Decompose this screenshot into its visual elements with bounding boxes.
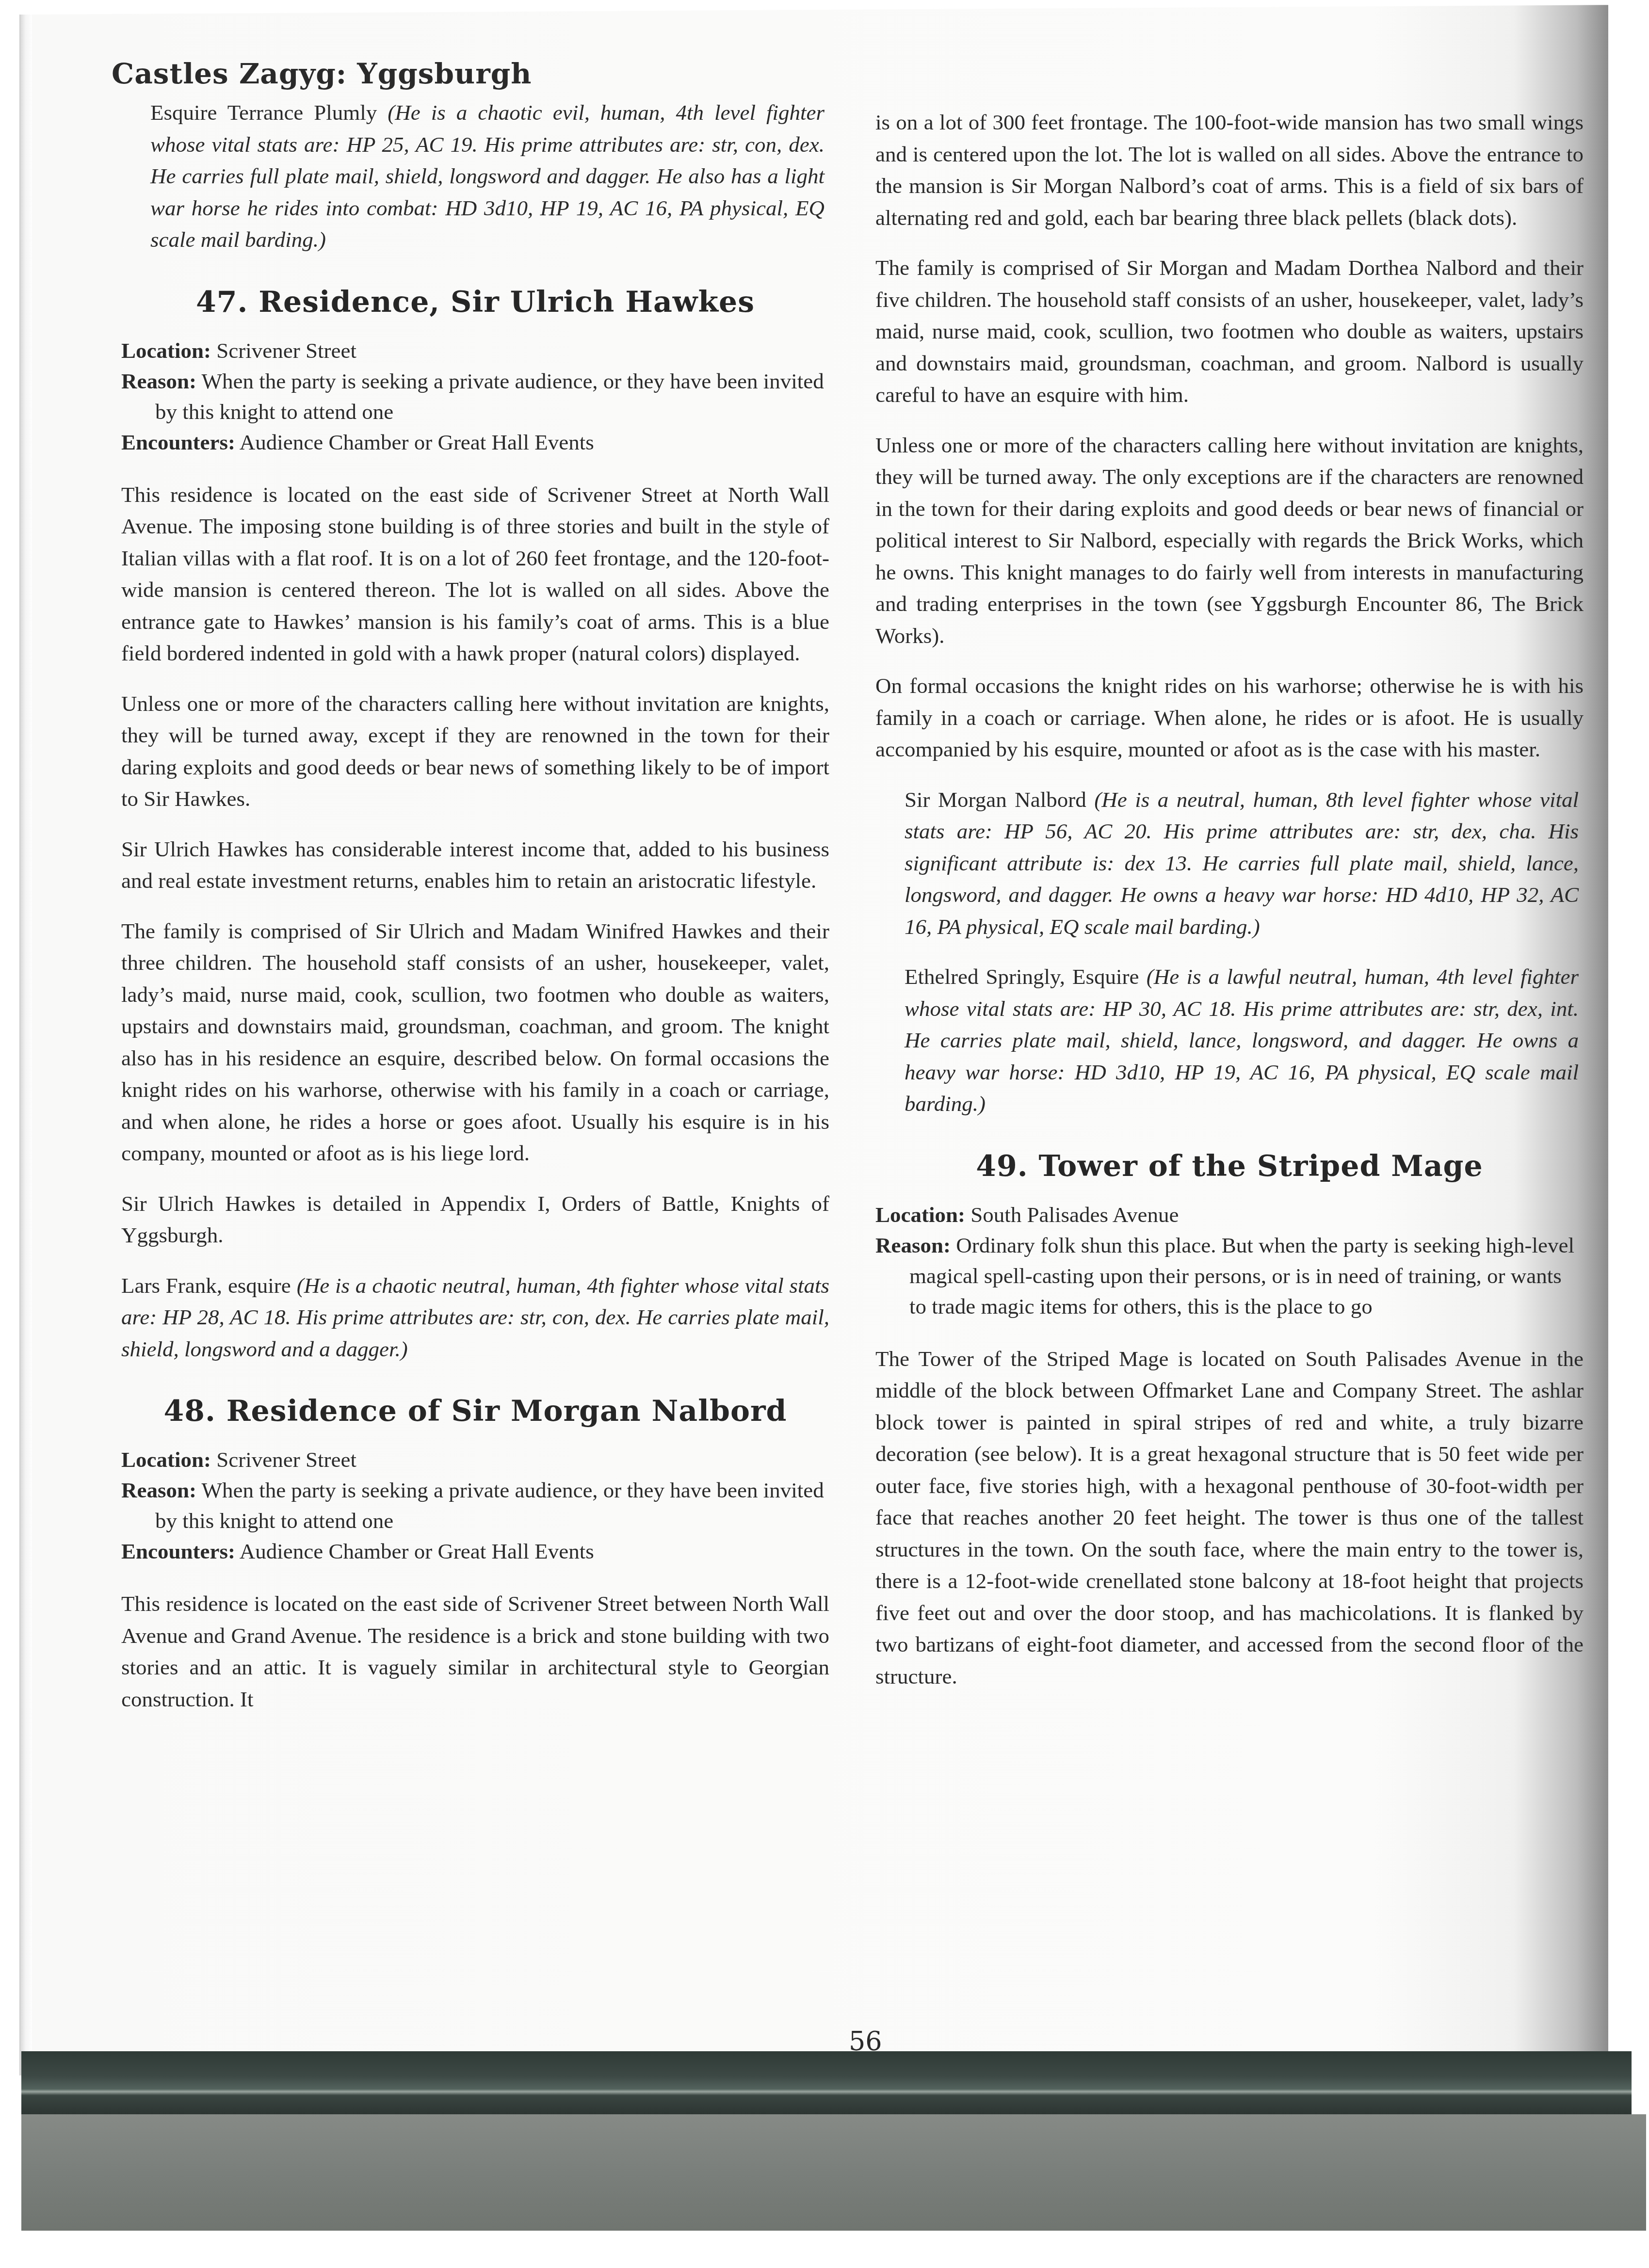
location-line: Location: South Palisades Avenue bbox=[875, 1200, 1584, 1230]
location-line: Location: Scrivener Street bbox=[121, 1445, 829, 1475]
body-paragraph: Sir Ulrich Hawkes is detailed in Appendi… bbox=[121, 1188, 829, 1252]
book-bottom-edge bbox=[21, 2051, 1632, 2114]
scanner-background bbox=[21, 2114, 1646, 2231]
running-head: Castles Zagyg: Yggsburgh bbox=[112, 57, 532, 90]
body-paragraph: Sir Ulrich Hawkes has considerable inter… bbox=[121, 834, 829, 897]
entry-48-meta: Location: Scrivener Street Reason: When … bbox=[121, 1445, 829, 1567]
stat-name: Esquire Terrance Plumly bbox=[150, 100, 377, 125]
reason-line: Reason: When the party is seeking a priv… bbox=[121, 1475, 829, 1536]
body-paragraph: is on a lot of 300 feet frontage. The 10… bbox=[875, 107, 1584, 234]
entry-47-title: 47. Residence, Sir Ulrich Hawkes bbox=[121, 285, 829, 319]
page-stack-edge bbox=[19, 15, 33, 2075]
stat-name: Lars Frank, esquire bbox=[121, 1273, 291, 1298]
stat-name: Ethelred Springly, Esquire bbox=[905, 965, 1139, 989]
right-column: is on a lot of 300 feet frontage. The 10… bbox=[875, 107, 1584, 1711]
entry-49-meta: Location: South Palisades Avenue Reason:… bbox=[875, 1200, 1584, 1322]
entry-47-meta: Location: Scrivener Street Reason: When … bbox=[121, 336, 829, 458]
stat-name: Sir Morgan Nalbord bbox=[905, 788, 1086, 812]
reason-line: Reason: When the party is seeking a priv… bbox=[121, 366, 829, 427]
reason-line: Reason: Ordinary folk shun this place. B… bbox=[875, 1230, 1584, 1322]
body-paragraph: Unless one or more of the characters cal… bbox=[875, 430, 1584, 652]
body-paragraph: On formal occasions the knight rides on … bbox=[875, 670, 1584, 766]
body-paragraph: The family is comprised of Sir Morgan an… bbox=[875, 252, 1584, 411]
stat-block-morgan-nalbord: Sir Morgan Nalbord (He is a neutral, hum… bbox=[875, 784, 1584, 943]
body-paragraph: The family is comprised of Sir Ulrich an… bbox=[121, 916, 829, 1170]
stat-block-ethelred-springly: Ethelred Springly, Esquire (He is a lawf… bbox=[875, 961, 1584, 1120]
body-paragraph: Unless one or more of the characters cal… bbox=[121, 688, 829, 815]
encounters-line: Encounters: Audience Chamber or Great Ha… bbox=[121, 427, 829, 458]
location-line: Location: Scrivener Street bbox=[121, 336, 829, 366]
left-column: Esquire Terrance Plumly (He is a chaotic… bbox=[121, 97, 829, 1734]
encounters-line: Encounters: Audience Chamber or Great Ha… bbox=[121, 1536, 829, 1567]
body-paragraph: This residence is located on the east si… bbox=[121, 1588, 829, 1715]
stat-block-lars-frank: Lars Frank, esquire (He is a chaotic neu… bbox=[121, 1270, 829, 1366]
stat-block-terrance-plumly: Esquire Terrance Plumly (He is a chaotic… bbox=[121, 97, 829, 256]
entry-49-title: 49. Tower of the Striped Mage bbox=[875, 1149, 1584, 1183]
page-number: 56 bbox=[849, 2026, 882, 2057]
entry-48-title: 48. Residence of Sir Morgan Nalbord bbox=[121, 1394, 829, 1428]
body-paragraph: The Tower of the Striped Mage is located… bbox=[875, 1343, 1584, 1693]
body-paragraph: This residence is located on the east si… bbox=[121, 479, 829, 670]
